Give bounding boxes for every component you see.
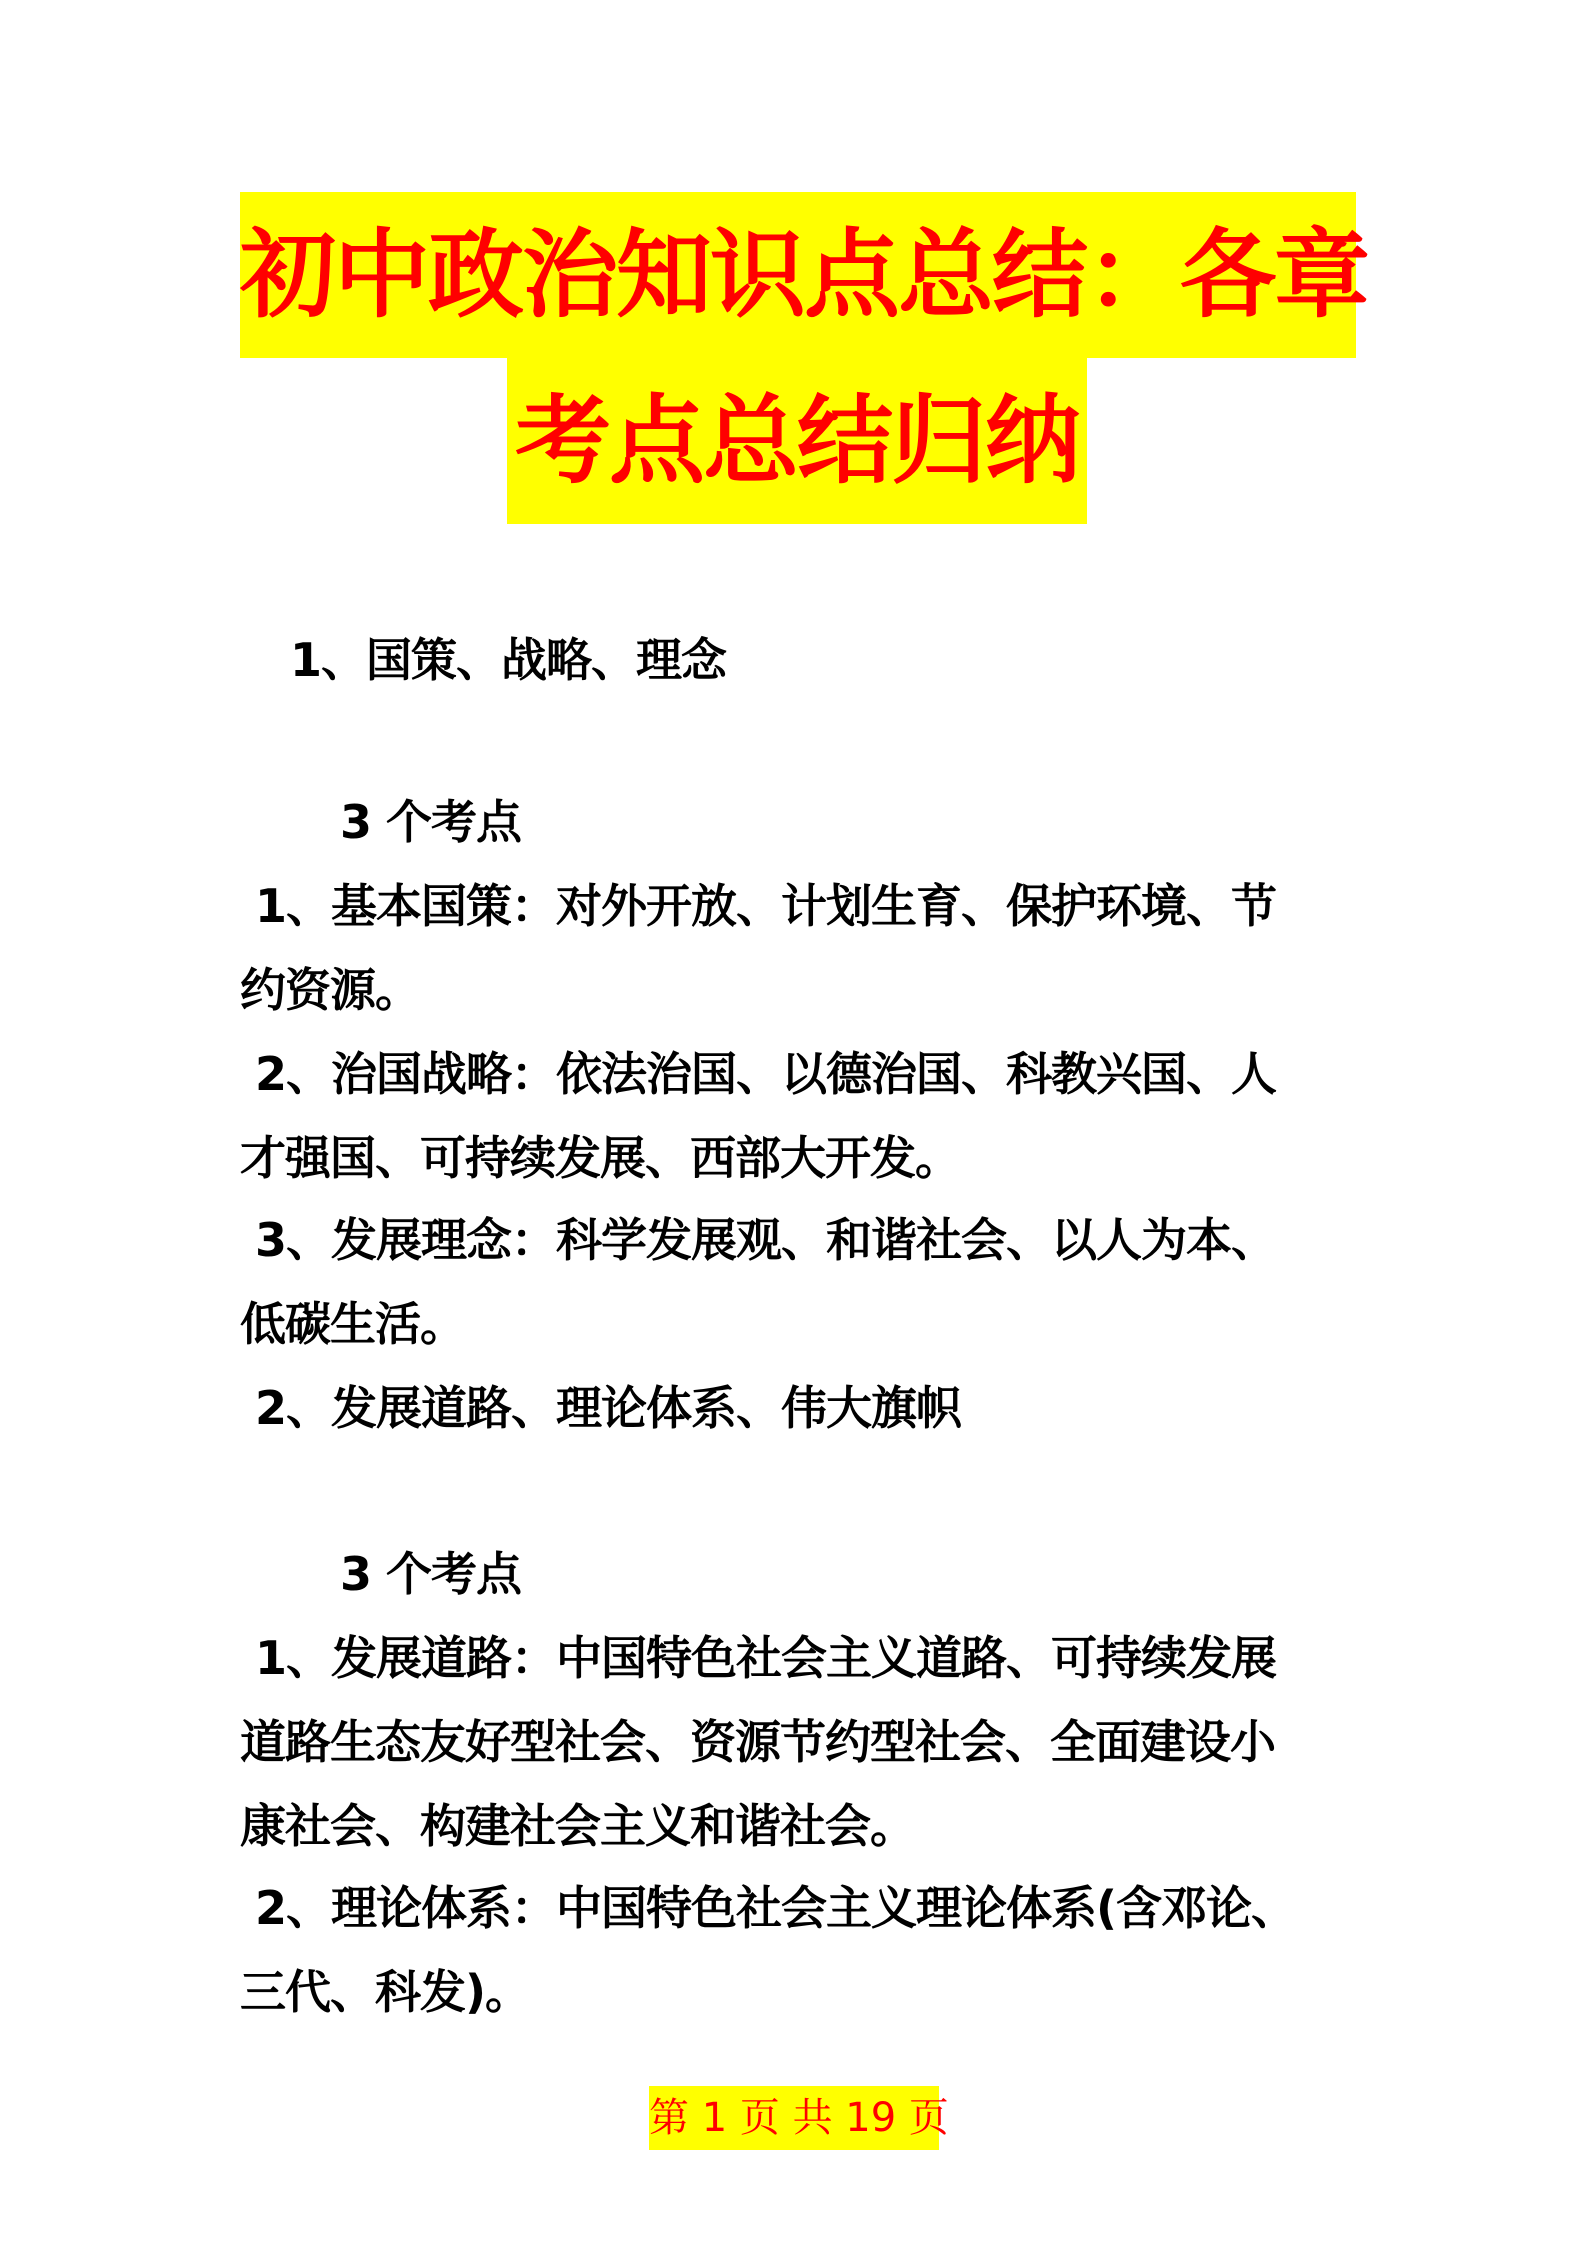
paragraph-line: 约资源。 (240, 960, 420, 1020)
section-heading-1: 1、国策、战略、理念 (290, 630, 726, 690)
paragraph-line: 低碳生活。 (240, 1294, 465, 1354)
subheading-exam-points: 3 个考点 (340, 792, 521, 852)
paragraph-line: 1、基本国策：对外开放、计划生育、保护环境、节 (255, 876, 1276, 936)
page-number-footer: 第 1 页 共 19 页 (649, 2086, 939, 2150)
paragraph-line: 道路生态友好型社会、资源节约型社会、全面建设小 (240, 1712, 1275, 1772)
paragraph-line: 才强国、可持续发展、西部大开发。 (240, 1128, 960, 1188)
paragraph-line: 3、发展理念：科学发展观、和谐社会、以人为本、 (255, 1210, 1276, 1270)
paragraph-line: 三代、科发)。 (240, 1962, 530, 2022)
paragraph-line: 2、治国战略：依法治国、以德治国、科教兴国、人 (255, 1044, 1276, 1104)
paragraph-line: 1、发展道路：中国特色社会主义道路、可持续发展 (255, 1628, 1276, 1688)
section-heading-2: 2、发展道路、理论体系、伟大旗帜 (255, 1378, 961, 1438)
paragraph-line: 2、理论体系：中国特色社会主义理论体系(含邓论、 (255, 1878, 1296, 1938)
paragraph-line: 康社会、构建社会主义和谐社会。 (240, 1796, 915, 1856)
document-title-line-2: 考点总结归纳 (507, 358, 1087, 524)
subheading-exam-points: 3 个考点 (340, 1544, 521, 1604)
document-title-line-1: 初中政治知识点总结：各章 (240, 192, 1356, 358)
